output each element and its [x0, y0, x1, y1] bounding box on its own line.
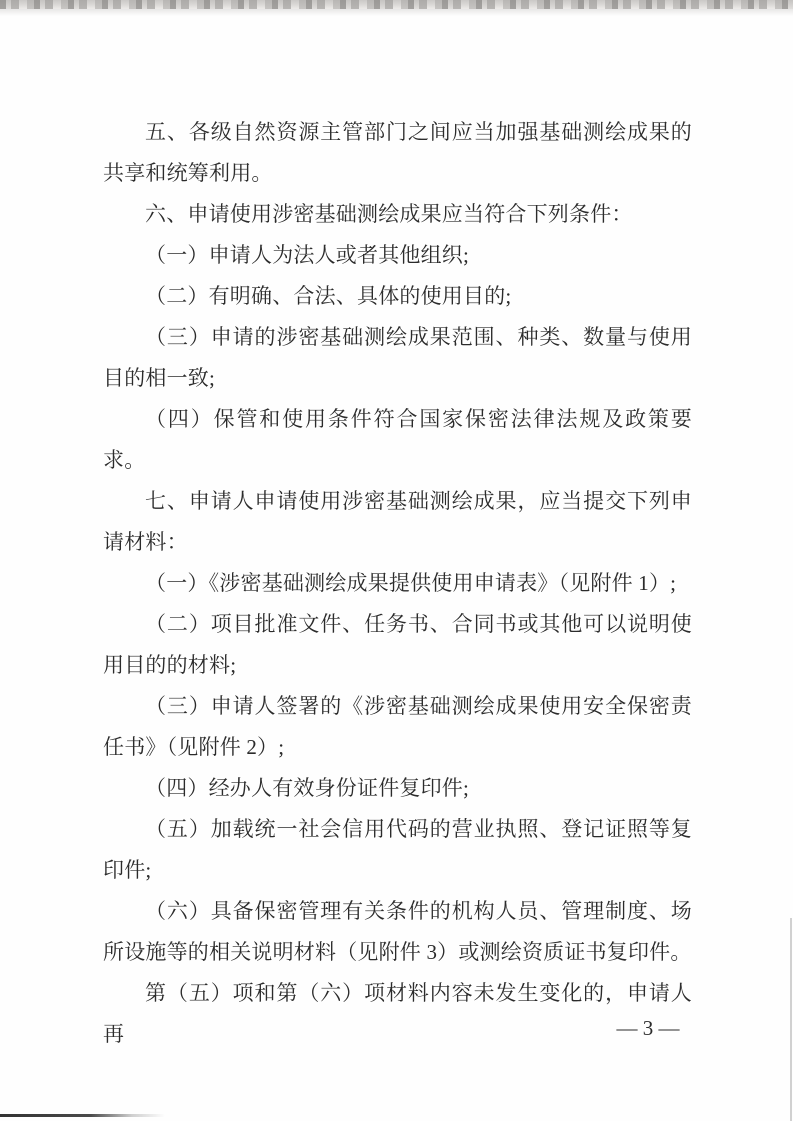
paragraph-10: （三）申请人签署的《涉密基础测绘成果使用安全保密责任书》（见附件 2）; [103, 686, 692, 768]
paragraph-3: （一）申请人为法人或者其他组织; [103, 235, 692, 276]
paragraph-13: （六）具备保密管理有关条件的机构人员、管理制度、场所设施等的相关说明材料（见附件… [103, 891, 692, 973]
document-body: 五、各级自然资源主管部门之间应当加强基础测绘成果的共享和统筹利用。 六、申请使用… [103, 112, 692, 1055]
paragraph-8: （一）《涉密基础测绘成果提供使用申请表》（见附件 1）; [103, 563, 692, 604]
paragraph-2: 六、申请使用涉密基础测绘成果应当符合下列条件： [103, 194, 692, 235]
paragraph-11: （四）经办人有效身份证件复印件; [103, 768, 692, 809]
paragraph-7: 七、申请人申请使用涉密基础测绘成果，应当提交下列申请材料： [103, 481, 692, 563]
scan-artifact-bottom-left-line [0, 1114, 165, 1117]
paragraph-1: 五、各级自然资源主管部门之间应当加强基础测绘成果的共享和统筹利用。 [103, 112, 692, 194]
paragraph-9: （二）项目批准文件、任务书、合同书或其他可以说明使用目的的材料; [103, 604, 692, 686]
document-page: 五、各级自然资源主管部门之间应当加强基础测绘成果的共享和统筹利用。 六、申请使用… [0, 0, 793, 1121]
page-number: — 3 — [603, 1014, 693, 1042]
paragraph-5: （三）申请的涉密基础测绘成果范围、种类、数量与使用目的相一致; [103, 317, 692, 399]
paragraph-6: （四）保管和使用条件符合国家保密法律法规及政策要求。 [103, 399, 692, 481]
paragraph-12: （五）加载统一社会信用代码的营业执照、登记证照等复印件; [103, 809, 692, 891]
paragraph-4: （二）有明确、合法、具体的使用目的; [103, 276, 692, 317]
scan-artifact-right-edge-line [790, 918, 792, 1121]
scan-noise-top-band [0, 0, 793, 9]
scan-noise-top-fade [0, 9, 793, 16]
